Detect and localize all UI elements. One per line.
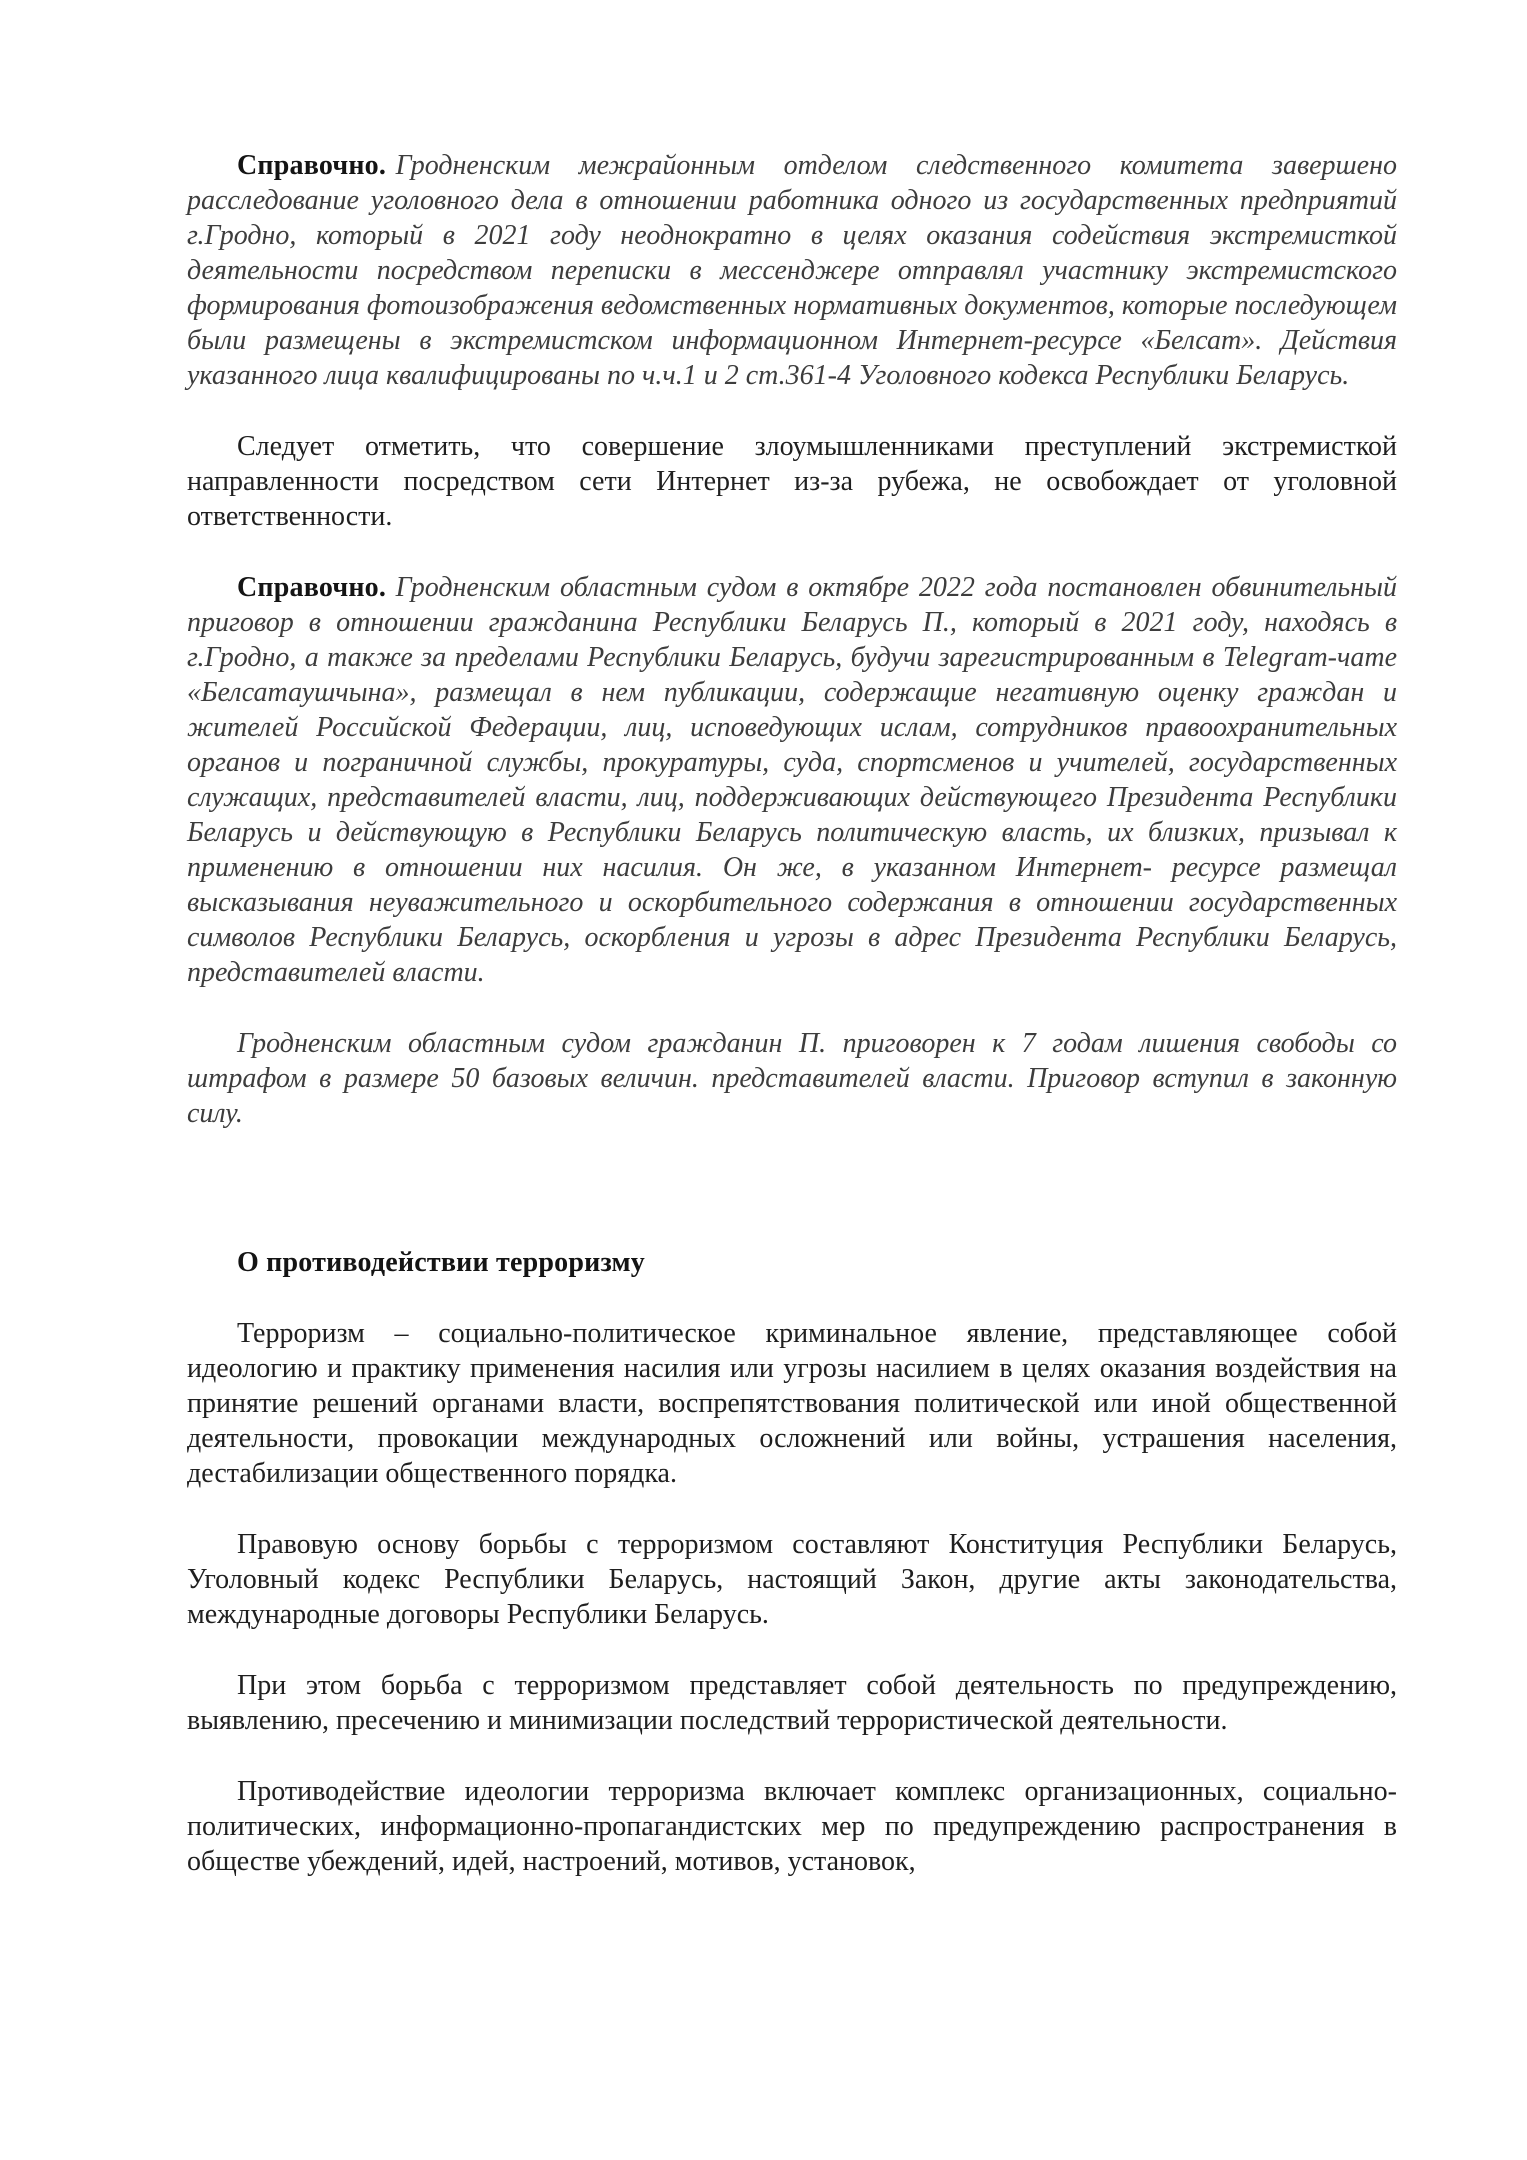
reference-label: Справочно. <box>237 150 386 181</box>
paragraph-legal-basis: Правовую основу борьбы с терроризмом сос… <box>187 1527 1397 1632</box>
paragraph-text: Гродненским областным судом в октябре 20… <box>187 572 1397 988</box>
paragraph-text: Правовую основу борьбы с терроризмом сос… <box>187 1529 1397 1630</box>
paragraph-reference-court-verdict: Справочно.Гродненским областным судом в … <box>187 570 1397 990</box>
paragraph-text: При этом борьба с терроризмом представля… <box>187 1670 1397 1736</box>
paragraph-reference-extremism-case: Справочно.Гродненским межрайонным отдело… <box>187 148 1397 393</box>
paragraph-text: Следует отметить, что совершение злоумыш… <box>187 431 1397 532</box>
paragraph-text: Гродненским межрайонным отделом следстве… <box>187 150 1397 391</box>
paragraph-note-no-exemption: Следует отметить, что совершение злоумыш… <box>187 429 1397 534</box>
paragraph-fight-against-terrorism: При этом борьба с терроризмом представля… <box>187 1668 1397 1738</box>
paragraph-text: Противодействие идеологии терроризма вкл… <box>187 1776 1397 1877</box>
section-heading-counterterrorism: О противодействии терроризму <box>187 1245 1397 1280</box>
paragraph-terrorism-definition: Терроризм – социально-политическое крими… <box>187 1316 1397 1491</box>
paragraph-text: Терроризм – социально-политическое крими… <box>187 1318 1397 1489</box>
paragraph-text: Гродненским областным судом гражданин П.… <box>187 1028 1397 1129</box>
paragraph-counteraction-ideology: Противодействие идеологии терроризма вкл… <box>187 1774 1397 1879</box>
document-page: Справочно.Гродненским межрайонным отдело… <box>0 0 1527 2160</box>
reference-label: Справочно. <box>237 572 386 603</box>
paragraph-sentence-details: Гродненским областным судом гражданин П.… <box>187 1026 1397 1131</box>
